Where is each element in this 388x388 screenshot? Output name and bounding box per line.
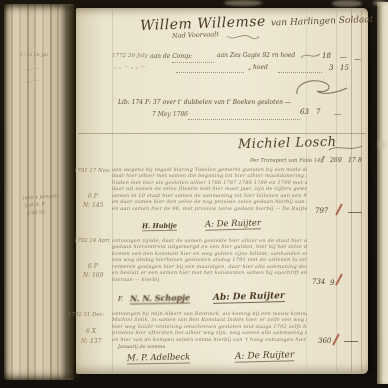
account-holder-descriptor: van Harlingen Soldaat (271, 15, 374, 29)
heading-flourish (328, 142, 364, 154)
ledger-reference-line: Lib: 174 F: 37 over t' dubbelen van t' B… (118, 99, 350, 106)
margin-reference: 6 P (88, 263, 98, 270)
page-top-smudge (224, 0, 262, 6)
transport-label: Per Transport van Folio 140 (250, 158, 324, 164)
entry-description: aan de Comp: (150, 53, 192, 60)
ledger-reference-date: 7 Mey 1786 (152, 111, 188, 118)
leader-flourish (300, 50, 322, 62)
amount-guilders: 3 (329, 64, 333, 72)
page-top-smudge (332, 0, 362, 7)
edge-note-ditto: „ „ — (26, 78, 39, 84)
amount-guilders: 734 (312, 278, 325, 286)
signature: N. N. Schopje (130, 292, 190, 304)
entry-date: 1792 24 April (74, 238, 110, 244)
paragraph-line: en aan samen hier de 96, met provisie ze… (112, 206, 307, 212)
amount-guilders: 18 (322, 52, 331, 60)
entry-description: „ hoed (248, 64, 268, 71)
margin-reference: N: 145 (83, 202, 103, 209)
account-heading: Michiel Losch (238, 135, 337, 153)
edge-note-date: 1772 26 Jul (20, 53, 62, 59)
page-top-smudge (373, 0, 387, 6)
amount-stuivers: 17 (348, 157, 356, 164)
subtitle-flourish (226, 30, 260, 42)
amount-guilders: 269 (330, 157, 342, 164)
dotted-leader (176, 71, 244, 73)
dotted-leader (172, 61, 214, 63)
dotted-leader (188, 118, 300, 120)
amount-guilders: 797 (315, 207, 328, 215)
amount-stuivers: 15 (340, 64, 349, 72)
amount-penningen: — (354, 55, 361, 63)
signature: Ab: De Ruijter (213, 291, 285, 304)
money-column-rule (336, 10, 337, 372)
margin-reference: N: 137 (81, 338, 101, 345)
facing-page-ink-smudge (378, 140, 386, 150)
amount-dash (344, 341, 358, 342)
entry-paragraph: ontvangen bij mijn Albert van Rentinck, … (112, 311, 307, 343)
section-divider-rule (78, 133, 366, 134)
entry-date: 1791 17 Nov: (74, 168, 110, 174)
signature: A: De Ruijter (205, 218, 261, 230)
signature: M. P. Adelbeck (127, 352, 190, 364)
paragraph-line: hieraan — hierbij (112, 277, 307, 283)
edge-note-ditto: „ „ — (26, 66, 39, 72)
entry-paragraph: ontvangen zijnde, daar de samen gestelde… (112, 238, 307, 283)
amount-dash (348, 212, 362, 213)
ledger-photo: 1772 26 Jul „ „ — „ „ — 1810 4 Januarij … (0, 0, 388, 388)
amount-guilders: 63 (300, 108, 309, 116)
signature-initial: F. (118, 296, 123, 303)
margin-reference: N: 169 (83, 272, 103, 279)
amount-stuivers: 9 (330, 279, 334, 287)
facing-page-sliver (377, 2, 388, 384)
amount-penningen: — (334, 110, 341, 118)
money-column-rule (361, 10, 362, 372)
margin-reference: 6 P (88, 193, 98, 200)
dotted-leader (278, 71, 322, 73)
closing-flourish (293, 76, 351, 100)
entry-description: aan Zes Gagie 92 rn hoed (217, 52, 295, 59)
guilder-sign: ƒ (322, 156, 324, 163)
amount-guilders: 360 (318, 337, 331, 345)
amount-stuivers: — (340, 53, 347, 61)
amount-stuivers: 7 (316, 108, 320, 116)
signature: A: De Ruijter (235, 350, 295, 363)
account-subtitle: Nad Voorvaalt (172, 30, 219, 40)
paragraph-line: en hier van de kompen samen omme hierbij… (112, 337, 307, 343)
entry-paragraph: aan wegens bij regael klaring Tobelen ge… (112, 167, 307, 212)
entry-date: 1772 26 July (112, 53, 148, 59)
ditto-marks: „ „ — „ „ — (114, 64, 146, 70)
entry-date: 1792 31 Dec: (68, 312, 110, 318)
paragraph-closing: Januarij de somma (118, 344, 165, 350)
signature: H. Hubije (142, 222, 177, 232)
money-column-rule (351, 10, 352, 372)
margin-reference: 6 X (86, 328, 96, 335)
amount-penningen: 8 (358, 157, 362, 164)
